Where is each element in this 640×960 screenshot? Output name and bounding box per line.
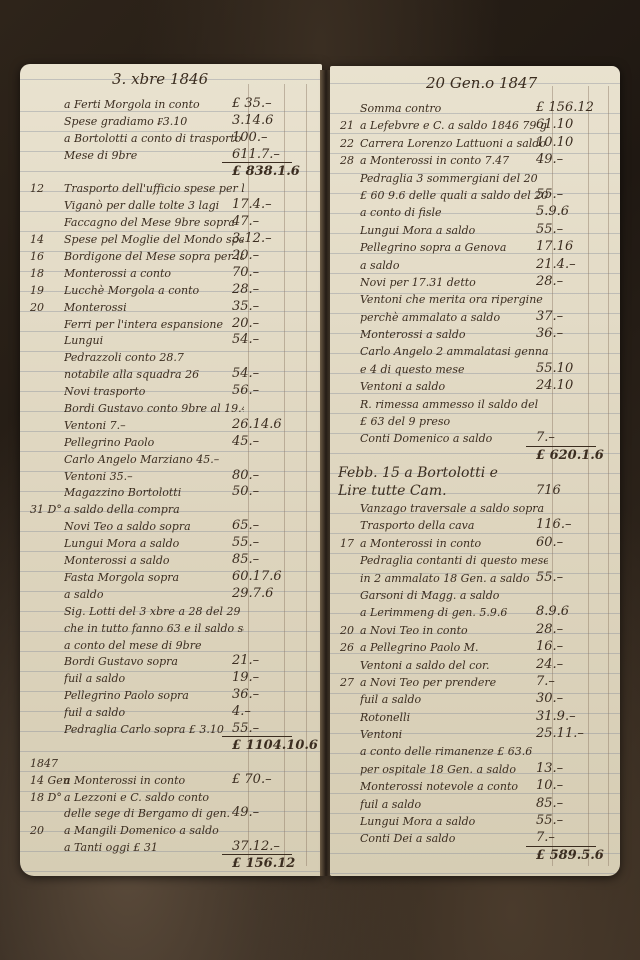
ledger-row: Novi trasporto56.–	[20, 381, 322, 398]
entry-amount: 37.–	[536, 309, 563, 324]
total-row: £ 1104.10.6	[20, 736, 322, 753]
entry-description: Faccagno del Mese 9bre sopra	[64, 216, 244, 229]
entry-amount: 28.–	[536, 274, 563, 289]
entry-amount: 50.–	[232, 484, 259, 499]
ledger-row: a Lerimmeng di gen. 5.9.68.9.6	[330, 602, 620, 619]
entry-description: perchè ammalato a saldo	[360, 311, 548, 324]
entry-amount: 65.–	[232, 518, 259, 533]
entry-description: Pedraglia contanti di questo mese	[360, 554, 548, 567]
entry-description: Rotonelli	[360, 711, 548, 724]
entry-description: delle sege di Bergamo di gen.	[64, 807, 244, 820]
total-row: £ 589.5.6	[330, 846, 620, 863]
entry-description: R. rimessa ammesso il saldo del	[360, 398, 548, 411]
ledger-row: Lungui54.–	[20, 330, 322, 347]
ledger-row: Lire tutte Cam.716	[330, 481, 620, 498]
entry-description: a Monterossi in conto 7.47	[360, 154, 548, 167]
entry-description: Lungui	[64, 334, 244, 347]
entry-description: Bordi Gustavo sopra	[64, 655, 244, 668]
entry-amount: 17.4.–	[232, 197, 272, 212]
entry-description: Ventoni che merita ora ripergine	[360, 293, 548, 306]
entry-amount: 3.14.6	[232, 113, 273, 128]
entry-description: a Lefebvre e C. a saldo 1846 79 g.	[360, 119, 548, 132]
ledger-row: che in tutto fanno 63 e il saldo sono	[20, 618, 322, 635]
entry-day: 18	[30, 267, 44, 280]
entry-description: Spese pel Moglie del Mondo spese	[64, 233, 244, 246]
entry-description: a saldo	[64, 588, 244, 601]
ledger-row: fuil a saldo19.–	[20, 668, 322, 685]
entry-description: Mese di 9bre	[64, 149, 244, 162]
entry-amount: 716	[536, 483, 561, 498]
ledger-row: Ventoni che merita ora ripergine	[330, 289, 620, 306]
ledger-row: Novi Teo a saldo sopra65.–	[20, 516, 322, 533]
entry-amount: 21.4.–	[536, 257, 576, 272]
entry-amount: 10.10	[536, 135, 573, 150]
ledger-row: 26a Pellegrino Paolo M.16.–	[330, 637, 620, 654]
ledger-row: Pellegrino Paolo sopra36.–	[20, 685, 322, 702]
entry-description: £ 60 9.6 delle quali a saldo del 20	[360, 189, 548, 202]
ledger-row: 18Monterossi a conto70.–	[20, 263, 322, 280]
ledger-row: e 4 di questo mese55.10	[330, 359, 620, 376]
ledger-row: Viganò per dalle tolte 3 lagi17.4.–	[20, 195, 322, 212]
entry-amount: £ 156.12	[232, 856, 295, 871]
entry-description: a Novi Teo per prendere	[360, 676, 548, 689]
entry-day: 28	[340, 154, 354, 167]
ledger-row: 28a Monterossi in conto 7.4749.–	[330, 150, 620, 167]
entry-amount: 7.–	[536, 674, 555, 689]
entry-description: in 2 ammalato 18 Gen. a saldo	[360, 572, 548, 585]
ledger-row: fuil a saldo4.–	[20, 702, 322, 719]
sum-underline	[222, 854, 292, 855]
ledger-row: 19Lucchè Morgola a conto28.–	[20, 280, 322, 297]
entry-description: Lucchè Morgola a conto	[64, 284, 244, 297]
ledger-row: 21a Lefebvre e C. a saldo 1846 79 g.61.1…	[330, 115, 620, 132]
entry-description: Magazzino Bortolotti	[64, 486, 244, 499]
entry-day: 20	[30, 301, 44, 314]
ledger-row: Pedrazzoli conto 28.7	[20, 347, 322, 364]
entry-day: 20	[340, 624, 354, 637]
total-row: £ 156.12	[20, 854, 322, 871]
ledger-row: fuil a saldo30.–	[330, 689, 620, 706]
ledger-row: Trasporto della cava116.–	[330, 515, 620, 532]
ledger-row: Faccagno del Mese 9bre sopra47.–	[20, 212, 322, 229]
entry-day: 17	[340, 537, 354, 550]
entry-day: 12	[30, 182, 44, 195]
entry-amount: 55.–	[536, 222, 563, 237]
entry-description: Novi Teo a saldo sopra	[64, 520, 244, 533]
entry-description: per ospitale 18 Gen. a saldo	[360, 763, 548, 776]
entry-amount: 24.10	[536, 378, 573, 393]
entry-amount: 21.–	[232, 653, 259, 668]
entry-amount: 85.–	[232, 552, 259, 567]
entry-amount: 35.–	[232, 299, 259, 314]
entry-description: Conti Domenico a saldo	[360, 432, 548, 445]
entry-amount: 70.–	[232, 265, 259, 280]
entry-amount: 10.–	[536, 778, 563, 793]
ledger-row: a Tanti oggi £ 3137.12.–	[20, 837, 322, 854]
entry-description: Viganò per dalle tolte 3 lagi	[64, 199, 244, 212]
ledger-row: Lungui Mora a saldo55.–	[330, 220, 620, 237]
entry-amount: 13.–	[536, 761, 563, 776]
entry-amount: 16.–	[536, 639, 563, 654]
entry-amount: 55.–	[536, 813, 563, 828]
ledger-row: Ventoni25.11.–	[330, 724, 620, 741]
entry-description: Sig. Lotti del 3 xbre a 28 del 29	[64, 605, 244, 618]
entry-amount: £ 589.5.6	[536, 848, 604, 863]
entry-description: a Monterossi in conto	[360, 537, 548, 550]
entry-amount: 26.14.6	[232, 417, 282, 432]
ledger-row: 14Spese pel Moglie del Mondo spese3.12.–	[20, 229, 322, 246]
entry-description: Novi per 17.31 detto	[360, 276, 548, 289]
ledger-row: in 2 ammalato 18 Gen. a saldo55.–	[330, 568, 620, 585]
entry-amount: £ 620.1.6	[536, 448, 604, 463]
ledger-row: Febb. 15 a Bortolotti e	[330, 463, 620, 480]
ledger-row: Conti Dei a saldo7.–	[330, 828, 620, 845]
entry-amount: 5.9.6	[536, 204, 569, 219]
ledger-row: Pedraglia Carlo sopra £ 3.1055.–	[20, 719, 322, 736]
ledger-entries: a Ferti Morgola in conto£ 35.–Spese grad…	[20, 94, 322, 871]
entry-amount: 19.–	[232, 670, 259, 685]
entry-description: Pedraglia Carlo sopra £ 3.10	[64, 723, 244, 736]
entry-description: £ 63 del 9 preso	[360, 415, 548, 428]
entry-description: a conto delle rimanenze £ 63.6	[360, 745, 548, 758]
ledger-row: Pellegrino sopra a Genova17.16	[330, 237, 620, 254]
entry-description: notabile alla squadra 26	[64, 368, 244, 381]
ledger-row: notabile alla squadra 2654.–	[20, 364, 322, 381]
entry-amount: £ 1104.10.6	[232, 738, 318, 753]
entry-amount: 60.–	[536, 535, 563, 550]
entry-description: Carrera Lorenzo Lattuoni a saldo	[360, 137, 548, 150]
entry-day: 18 D°	[30, 791, 62, 804]
entry-description: Ventoni a saldo	[360, 380, 548, 393]
entry-day: 21	[340, 119, 354, 132]
entry-description: Novi trasporto	[64, 385, 244, 398]
entry-day: 20	[30, 824, 44, 837]
entry-amount: 54.–	[232, 332, 259, 347]
ledger-row: Ventoni 35.–80.–	[20, 466, 322, 483]
entry-amount: 31.9.–	[536, 709, 576, 724]
ledger-row: per ospitale 18 Gen. a saldo13.–	[330, 759, 620, 776]
entry-amount: 55.–	[232, 721, 259, 736]
ledger-row: Monterossi a saldo85.–	[20, 550, 322, 567]
entry-description: Ventoni a saldo del cor.	[360, 659, 548, 672]
entry-amount: 45.–	[232, 434, 259, 449]
sum-underline	[222, 736, 292, 737]
entry-amount: 100.–	[232, 130, 267, 145]
entry-amount: 61.10	[536, 117, 573, 132]
entry-amount: 55.–	[536, 187, 563, 202]
entry-amount: 7.–	[536, 830, 555, 845]
entry-description: a Ferti Morgola in conto	[64, 98, 244, 111]
ledger-row: delle sege di Bergamo di gen.49.–	[20, 803, 322, 820]
ledger-row: Garsoni di Magg. a saldo	[330, 585, 620, 602]
total-row: £ 838.1.6	[20, 162, 322, 179]
entry-description: Monterossi notevole a conto	[360, 780, 548, 793]
ledger-row: Rotonelli31.9.–	[330, 707, 620, 724]
entry-amount: 55.–	[232, 535, 259, 550]
ledger-right-page: 20 Gen.o 1847 Somma contro£ 156.1221a Le…	[330, 66, 620, 876]
entry-description: Vanzago traversale a saldo sopra	[360, 502, 548, 515]
entry-description: a Lezzoni e C. saldo conto	[64, 791, 244, 804]
entry-day: 19	[30, 284, 44, 297]
ledger-row: Monterossi a saldo36.–	[330, 324, 620, 341]
entry-amount: 30.–	[536, 691, 563, 706]
entry-amount: 56.–	[232, 383, 259, 398]
ledger-row: Monterossi notevole a conto10.–	[330, 776, 620, 793]
ledger-row: Bordi Gustavo conto 9bre al 19.4.6	[20, 398, 322, 415]
ledger-row: a Bortolotti a conto di trasporto100.–	[20, 128, 322, 145]
ledger-row: 16Bordigone del Mese sopra per lavoro20.…	[20, 246, 322, 263]
ledger-row: a conto del mese di 9bre	[20, 635, 322, 652]
entry-description: a Bortolotti a conto di trasporto	[64, 132, 244, 145]
ledger-row: 27a Novi Teo per prendere7.–	[330, 672, 620, 689]
entry-amount: 47.–	[232, 214, 259, 229]
ledger-row: a saldo21.4.–	[330, 255, 620, 272]
entry-description: Trasporto dell'ufficio spese per l'ammal…	[64, 182, 244, 195]
ledger-row: Pedraglia contanti di questo mese	[330, 550, 620, 567]
entry-amount: 49.–	[536, 152, 563, 167]
ledger-row: R. rimessa ammesso il saldo del	[330, 394, 620, 411]
entry-amount: 55.10	[536, 361, 573, 376]
ledger-row: 31 D°a saldo della compra	[20, 499, 322, 516]
entry-description: Monterossi	[64, 301, 244, 314]
entry-amount: 54.–	[232, 366, 259, 381]
entry-amount: £ 156.12	[536, 100, 594, 115]
entry-amount: 49.–	[232, 805, 259, 820]
entry-amount: 85.–	[536, 796, 563, 811]
entry-amount: £ 35.–	[232, 96, 272, 111]
ledger-row: 20a Mangili Domenico a saldo	[20, 820, 322, 837]
ledger-row: Conti Domenico a saldo7.–	[330, 428, 620, 445]
ledger-row: Pedraglia 3 sommergiani del 20	[330, 168, 620, 185]
entry-amount: 80.–	[232, 468, 259, 483]
entry-amount: 4.–	[232, 704, 251, 719]
entry-description: Carlo Angelo 2 ammalatasi gennaio	[360, 345, 548, 358]
entry-amount: 28.–	[232, 282, 259, 297]
entry-description: Pellegrino Paolo	[64, 436, 244, 449]
entry-amount: 20.–	[232, 316, 259, 331]
entry-description: Bordi Gustavo conto 9bre al 19.4.6	[64, 402, 244, 415]
entry-description: Lungui Mora a saldo	[360, 815, 548, 828]
ledger-row: Ventoni 7.–26.14.6	[20, 415, 322, 432]
entry-description: Monterossi a saldo	[64, 554, 244, 567]
entry-description: Bordigone del Mese sopra per lavoro	[64, 250, 244, 263]
entry-day: 16	[30, 250, 44, 263]
ledger-row: Carlo Angelo Marziano 45.–	[20, 449, 322, 466]
entry-amount: 60.17.6	[232, 569, 282, 584]
ledger-row: £ 60 9.6 delle quali a saldo del 2055.–	[330, 185, 620, 202]
entry-description: a Lerimmeng di gen. 5.9.6	[360, 606, 548, 619]
entry-amount: £ 70.–	[232, 772, 272, 787]
entry-description: a Novi Teo in conto	[360, 624, 548, 637]
entry-amount: 37.12.–	[232, 839, 280, 854]
entry-amount: £ 838.1.6	[232, 164, 300, 179]
ledger-row: perchè ammalato a saldo37.–	[330, 307, 620, 324]
entry-amount: 116.–	[536, 517, 571, 532]
entry-description: fuil a saldo	[64, 672, 244, 685]
total-row: £ 620.1.6	[330, 446, 620, 463]
entry-amount: 611.7.–	[232, 147, 280, 162]
ledger-row: Ventoni a saldo24.10	[330, 376, 620, 393]
ledger-row: Mese di 9bre611.7.–	[20, 145, 322, 162]
entry-description: a saldo	[360, 259, 548, 272]
ledger-row: 18 D°a Lezzoni e C. saldo conto	[20, 787, 322, 804]
sum-underline	[222, 162, 292, 163]
entry-description: Fasta Morgola sopra	[64, 571, 244, 584]
page-date-header: 20 Gen.o 1847	[426, 74, 537, 92]
entry-amount: 36.–	[536, 326, 563, 341]
ledger-row: 17a Monterossi in conto60.–	[330, 533, 620, 550]
entry-description: Febb. 15 a Bortolotti e	[338, 465, 526, 481]
entry-description: Spese gradiamo ₣3.10	[64, 115, 244, 128]
ledger-row: 20a Novi Teo in conto28.–	[330, 620, 620, 637]
entry-description: Conti Dei a saldo	[360, 832, 548, 845]
ledger-row: Magazzino Bortolotti50.–	[20, 482, 322, 499]
ledger-row: 20Monterossi35.–	[20, 297, 322, 314]
ledger-row: Sig. Lotti del 3 xbre a 28 del 29	[20, 601, 322, 618]
entry-day: 27	[340, 676, 354, 689]
ledger-row: a conto di fisle5.9.6	[330, 202, 620, 219]
ledger-row: Lungui Mora a saldo55.–	[20, 533, 322, 550]
ledger-row: 12Trasporto dell'ufficio spese per l'amm…	[20, 178, 322, 195]
ledger-row: Vanzago traversale a saldo sopra	[330, 498, 620, 515]
entry-amount: 20.–	[232, 248, 259, 263]
entry-description: Pedrazzoli conto 28.7	[64, 351, 244, 364]
ledger-row: a Ferti Morgola in conto£ 35.–	[20, 94, 322, 111]
entry-day: 26	[340, 641, 354, 654]
entry-description: Ventoni	[360, 728, 548, 741]
entry-day: 1847	[30, 757, 58, 770]
entry-description: Pellegrino Paolo sopra	[64, 689, 244, 702]
entry-description: fuil a saldo	[360, 693, 548, 706]
entry-description: a Mangili Domenico a saldo	[64, 824, 244, 837]
entry-day: 14	[30, 233, 44, 246]
entry-description: Monterossi a conto	[64, 267, 244, 280]
entry-amount: 36.–	[232, 687, 259, 702]
entry-description: Pellegrino sopra a Genova	[360, 241, 548, 254]
ledger-left-page: 3. xbre 1846 a Ferti Morgola in conto£ 3…	[20, 64, 322, 876]
entry-amount: 55.–	[536, 570, 563, 585]
entry-description: fuil a saldo	[64, 706, 244, 719]
ledger-row: £ 63 del 9 preso	[330, 411, 620, 428]
entry-day: 31 D°	[30, 503, 62, 516]
entry-description: a conto di fisle	[360, 206, 548, 219]
ledger-row: Lungui Mora a saldo55.–	[330, 811, 620, 828]
entry-amount: 8.9.6	[536, 604, 569, 619]
sum-underline	[526, 846, 596, 847]
entry-description: Monterossi a saldo	[360, 328, 548, 341]
ledger-row: Ventoni a saldo del cor.24.–	[330, 655, 620, 672]
entry-description: Carlo Angelo Marziano 45.–	[64, 453, 244, 466]
ledger-row: Spese gradiamo ₣3.103.14.6	[20, 111, 322, 128]
entry-description: che in tutto fanno 63 e il saldo sono	[64, 622, 244, 635]
ledger-row: Fasta Morgola sopra60.17.6	[20, 567, 322, 584]
ledger-entries: Somma contro£ 156.1221a Lefebvre e C. a …	[330, 98, 620, 863]
entry-description: a Pellegrino Paolo M.	[360, 641, 548, 654]
entry-description: Ventoni 7.–	[64, 419, 244, 432]
entry-description: a saldo della compra	[64, 503, 244, 516]
entry-description: Lire tutte Cam.	[338, 483, 526, 499]
ledger-row: 14 Gena Monterossi in conto£ 70.–	[20, 770, 322, 787]
ledger-row: Somma contro£ 156.12	[330, 98, 620, 115]
sum-underline	[526, 446, 596, 447]
page-date-header: 3. xbre 1846	[112, 70, 208, 88]
ledger-row: 1847	[20, 753, 322, 770]
entry-description: a Tanti oggi £ 31	[64, 841, 244, 854]
entry-amount: 25.11.–	[536, 726, 584, 741]
entry-amount: 17.16	[536, 239, 573, 254]
entry-description: Trasporto della cava	[360, 519, 548, 532]
entry-description: Pedraglia 3 sommergiani del 20	[360, 172, 548, 185]
ledger-row: Carlo Angelo 2 ammalatasi gennaio	[330, 341, 620, 358]
entry-description: Ferri per l'intera espansione	[64, 318, 244, 331]
entry-amount: 7.–	[536, 430, 555, 445]
entry-description: Lungui Mora a saldo	[360, 224, 548, 237]
ledger-row: a conto delle rimanenze £ 63.6	[330, 741, 620, 758]
entry-description: Somma contro	[360, 102, 548, 115]
entry-amount: 28.–	[536, 622, 563, 637]
ledger-row: a saldo29.7.6	[20, 584, 322, 601]
entry-description: a Monterossi in conto	[64, 774, 244, 787]
ledger-row: 22Carrera Lorenzo Lattuoni a saldo10.10	[330, 133, 620, 150]
ledger-row: Pellegrino Paolo45.–	[20, 432, 322, 449]
entry-amount: 29.7.6	[232, 586, 273, 601]
entry-day: 22	[340, 137, 354, 150]
entry-description: Ventoni 35.–	[64, 470, 244, 483]
ledger-row: Bordi Gustavo sopra21.–	[20, 651, 322, 668]
ledger-row: Ferri per l'intera espansione20.–	[20, 314, 322, 331]
entry-description: Garsoni di Magg. a saldo	[360, 589, 548, 602]
entry-amount: 3.12.–	[232, 231, 272, 246]
entry-description: Lungui Mora a saldo	[64, 537, 244, 550]
entry-amount: 24.–	[536, 657, 563, 672]
entry-description: e 4 di questo mese	[360, 363, 548, 376]
ledger-row: Novi per 17.31 detto28.–	[330, 272, 620, 289]
entry-description: fuil a saldo	[360, 798, 548, 811]
ledger-row: fuil a saldo85.–	[330, 794, 620, 811]
entry-description: a conto del mese di 9bre	[64, 639, 244, 652]
